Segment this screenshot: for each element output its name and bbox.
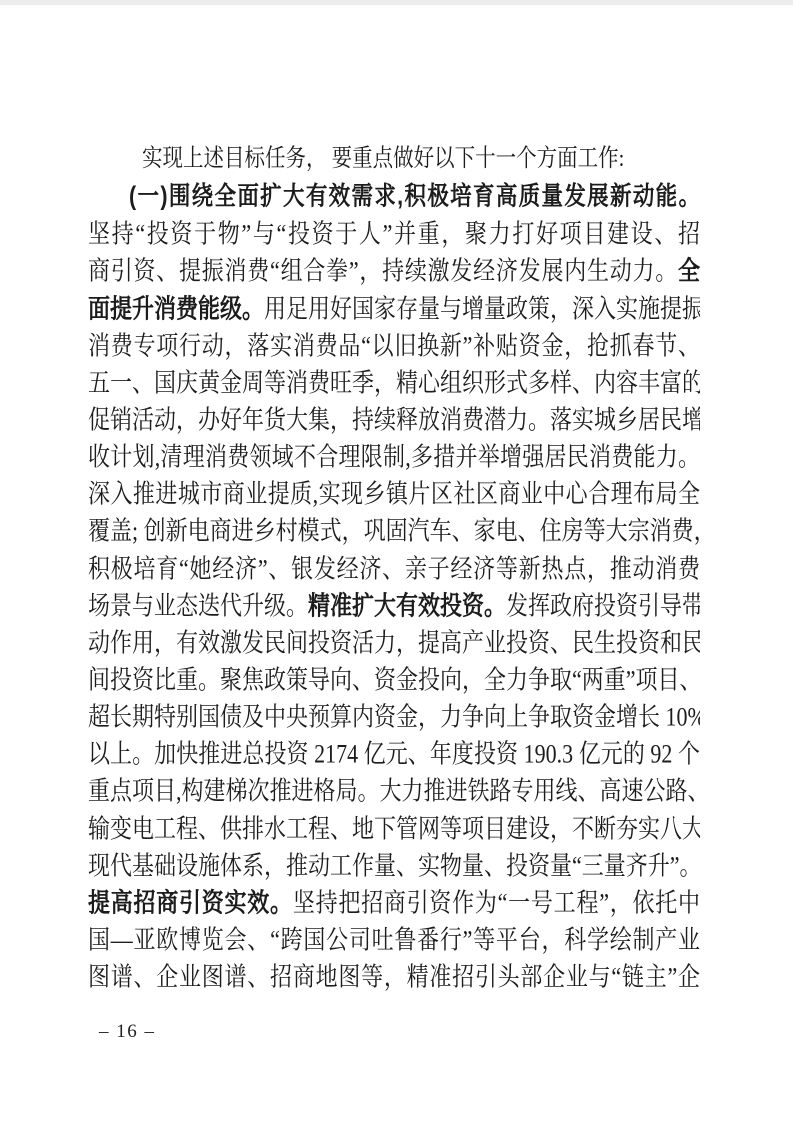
body-text: 发挥政府投资引导带	[506, 590, 700, 620]
body-text: 间投资比重。聚焦政策导向、资金投向，全力争取“两重”项目、	[88, 664, 700, 694]
body-text: 实现上述目标任务， 要重点做好以下十一个方面工作:	[142, 146, 624, 172]
body-text: 覆盖; 创新电商进乡村模式，巩固汽车、家电、住房等大宗消费，	[88, 516, 700, 546]
emphasis-text: 提高招商引资实效。	[88, 887, 293, 917]
emphasis-text: 精准扩大有效投资。	[308, 590, 506, 620]
body-text: 商引资、提振消费“组合拳”，持续激发经济发展内生动力。	[88, 256, 678, 286]
body-text: 国—亚欧博览会、“跨国公司吐鲁番行”等平台，科学绘制产业	[88, 924, 700, 954]
body-text: 用足用好国家存量与增量政策，深入实施提振	[264, 293, 700, 323]
body-text: 场景与业态迭代升级。	[88, 590, 308, 620]
text-line: 图谱、企业图谱、招商地图等，精准招引头部企业与“链主”企	[88, 954, 700, 999]
body-text: 图谱、企业图谱、招商地图等，精准招引头部企业与“链主”企	[88, 962, 700, 992]
body-text: 积极培育“她经济”、银发经济、亲子经济等新热点，推动消费	[88, 553, 700, 583]
document-page: 实现上述目标任务， 要重点做好以下十一个方面工作:(一)围绕全面扩大有效需求,积…	[0, 0, 793, 1122]
body-text: 坚持“投资于物”与“投资于人”并重，聚力打好项目建设、招	[88, 219, 700, 249]
body-text: 动作用，有效激发民间投资活力，提高产业投资、民生投资和民	[88, 627, 700, 657]
body-text: 超长期特别国债及中央预算内资金，力争向上争取资金增长 10%	[88, 702, 700, 732]
emphasis-text: 全	[678, 256, 700, 286]
body-text: 消费专项行动，落实消费品“以旧换新”补贴资金，抢抓春节、	[88, 330, 700, 360]
body-text: 现代基础设施体系，推动工作量、实物量、投资量“三量齐升”。	[88, 850, 700, 880]
page-number: – 16 –	[99, 1021, 156, 1043]
emphasis-text: (一)围绕全面扩大有效需求,积极培育高质量发展新动能。	[129, 182, 700, 211]
body-text: 深入推进城市商业提质,实现乡镇片区社区商业中心合理布局全	[88, 479, 700, 509]
body-text: 输变电工程、供排水工程、地下管网等项目建设，不断夯实八大	[88, 813, 700, 843]
scan-edge-artifact	[0, 0, 793, 5]
body-text: 收计划,清理消费领域不合理限制,多措并举增强居民消费能力。	[88, 442, 700, 472]
body-text: 五一、国庆黄金周等消费旺季，精心组织形式多样、内容丰富的	[88, 367, 700, 397]
emphasis-text: 面提升消费能级。	[88, 293, 264, 323]
body-text: 以上。加快推进总投资 2174 亿元、年度投资 190.3 亿元的 92 个	[88, 739, 700, 769]
body-text: 坚持把招商引资作为“一号工程”，依托中	[293, 887, 700, 917]
body-text: 重点项目,构建梯次推进格局。大力推进铁路专用线、高速公路、	[88, 776, 700, 806]
document-body: 实现上述目标任务， 要重点做好以下十一个方面工作:(一)围绕全面扩大有效需求,积…	[88, 141, 700, 995]
body-text: 促销活动，办好年货大集，持续释放消费潜力。落实城乡居民增	[88, 404, 700, 434]
